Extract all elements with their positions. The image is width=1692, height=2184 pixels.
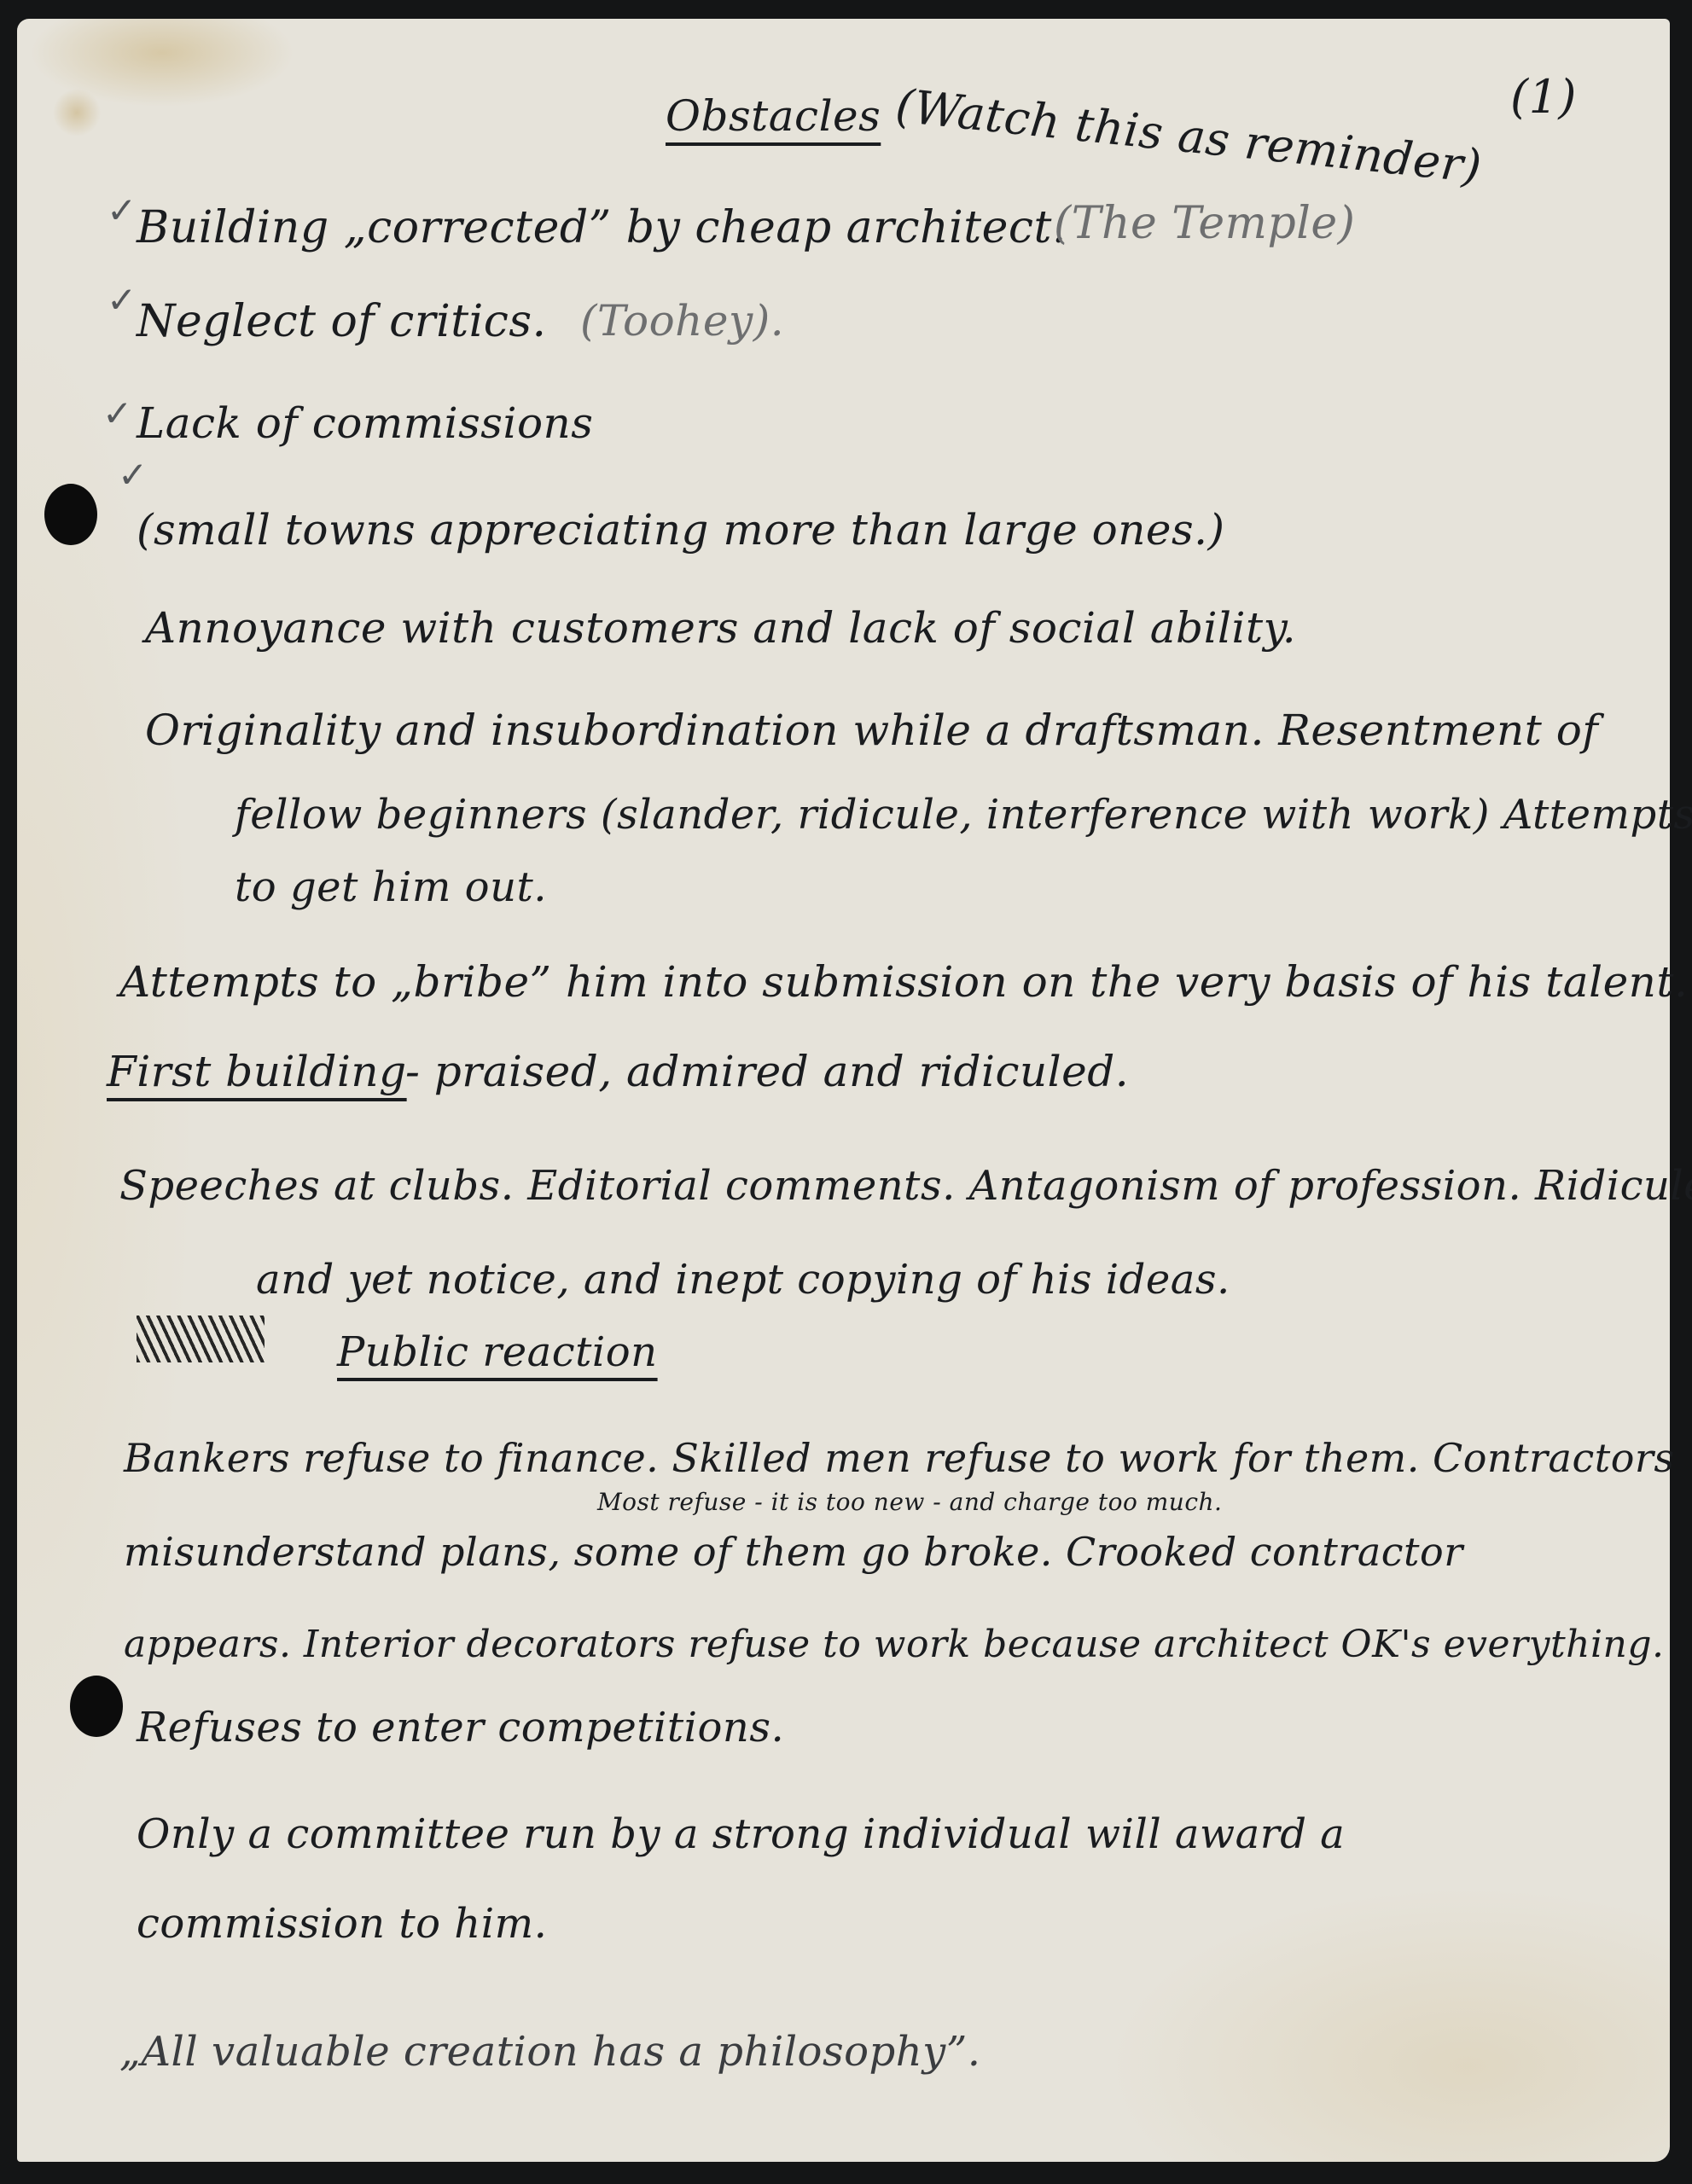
- crossed-out-word: [137, 1316, 265, 1362]
- page-title: Obstacles: [666, 91, 881, 141]
- note-line: Speeches at clubs. Editorial comments. A…: [119, 1162, 1692, 1210]
- manuscript-page: Obstacles (Watch this as reminder) (1) ✓…: [17, 19, 1670, 2162]
- note-line: appears. Interior decorators refuse to w…: [124, 1623, 1665, 1666]
- note-line: Building „corrected” by cheap architect.: [137, 202, 1067, 253]
- note-line: Neglect of critics.: [137, 296, 547, 347]
- checkmark-icon: ✓: [107, 189, 137, 231]
- note-line: Annoyance with customers and lack of soc…: [145, 603, 1296, 653]
- note-line: commission to him.: [137, 1900, 547, 1948]
- note-line: fellow beginners (slander, ridicule, int…: [235, 791, 1692, 839]
- note-line: - praised, admired and ridiculed.: [405, 1047, 1129, 1096]
- note-line: Originality and insubordination while a …: [145, 706, 1598, 755]
- section-heading: Public reaction: [337, 1328, 658, 1376]
- punch-hole: [70, 1676, 123, 1737]
- note-line: to get him out.: [235, 863, 547, 911]
- note-line: (small towns appreciating more than larg…: [137, 505, 1225, 555]
- note-line: Attempts to „bribe” him into submission …: [119, 957, 1688, 1007]
- pencil-note: (The Temple): [1054, 198, 1355, 249]
- quote-line: „All valuable creation has a philosophy”…: [119, 2028, 981, 2076]
- note-line: Only a committee run by a strong individ…: [137, 1810, 1345, 1858]
- pencil-note: (Toohey).: [580, 296, 784, 346]
- page-number: (1): [1510, 70, 1577, 124]
- checkmark-icon: ✓: [107, 279, 137, 321]
- checkmark-icon: ✓: [102, 392, 132, 434]
- note-line: misunderstand plans, some of them go bro…: [124, 1529, 1463, 1575]
- punch-hole: [44, 484, 97, 545]
- title-note: (Watch this as reminder): [893, 78, 1485, 194]
- note-line: and yet notice, and inept copying of his…: [256, 1256, 1230, 1304]
- section-heading: First building: [107, 1047, 407, 1096]
- note-line: Refuses to enter competitions.: [137, 1704, 784, 1751]
- note-line: Lack of commissions: [137, 398, 593, 448]
- checkmark-icon: ✓: [118, 454, 148, 496]
- note-line: Bankers refuse to finance. Skilled men r…: [124, 1435, 1674, 1481]
- inserted-note: Most refuse - it is too new - and charge…: [597, 1488, 1222, 1516]
